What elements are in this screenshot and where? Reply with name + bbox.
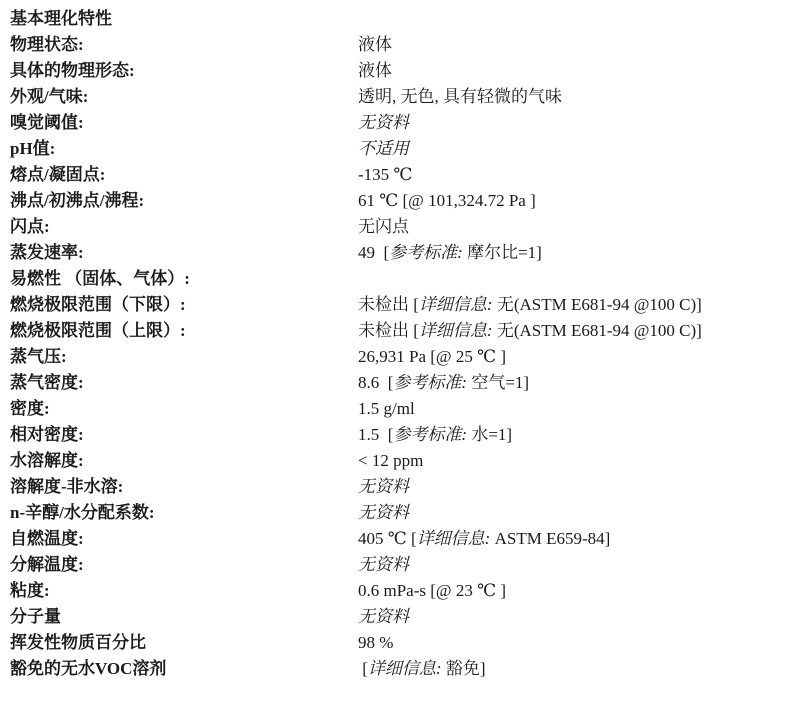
property-label: 分解温度: [10, 552, 358, 578]
property-value: 405 ℃ [详细信息: ASTM E659-84] [358, 526, 786, 552]
value-segment: ASTM E659-84] [490, 529, 610, 548]
property-value: 无资料 [358, 604, 786, 630]
table-row: 闪点:无闪点 [10, 214, 786, 240]
property-value: 无资料 [358, 552, 786, 578]
property-value: 49 [参考标准: 摩尔比=1] [358, 240, 786, 266]
property-label: 闪点: [10, 214, 358, 240]
value-segment: < 12 ppm [358, 451, 423, 470]
value-italic-segment: 详细信息: [368, 659, 442, 678]
property-label: 水溶解度: [10, 448, 358, 474]
value-segment: 未检出 [ [358, 321, 419, 340]
property-label: 熔点/凝固点: [10, 162, 358, 188]
table-row: 溶解度-非水溶:无资料 [10, 474, 786, 500]
property-value: 1.5 g/ml [358, 396, 786, 422]
property-label: pH值: [10, 136, 358, 162]
property-value: 1.5 [参考标准: 水=1] [358, 422, 786, 448]
property-value: 26,931 Pa [@ 25 ℃ ] [358, 344, 786, 370]
property-value [358, 266, 786, 292]
properties-table: 物理状态:液体具体的物理形态:液体外观/气味:透明, 无色, 具有轻微的气味嗅觉… [10, 32, 786, 682]
property-label: 蒸气密度: [10, 370, 358, 396]
property-label: 粘度: [10, 578, 358, 604]
table-row: 蒸气密度:8.6 [参考标准: 空气=1] [10, 370, 786, 396]
property-label: 密度: [10, 396, 358, 422]
property-value: < 12 ppm [358, 448, 786, 474]
value-segment: 1.5 [ [358, 425, 393, 444]
value-segment: -135 ℃ [358, 165, 412, 184]
table-row: 燃烧极限范围（上限）:未检出 [详细信息: 无(ASTM E681-94 @10… [10, 318, 786, 344]
table-row: 豁免的无水VOC溶剂 [详细信息: 豁免] [10, 656, 786, 682]
table-row: 密度:1.5 g/ml [10, 396, 786, 422]
property-value: 无资料 [358, 500, 786, 526]
property-label: 嗅觉阈值: [10, 110, 358, 136]
property-value: 无闪点 [358, 214, 786, 240]
value-segment: 61 ℃ [@ 101,324.72 Pa ] [358, 191, 536, 210]
value-italic-segment: 参考标准: [389, 243, 463, 262]
property-value: 透明, 无色, 具有轻微的气味 [358, 84, 786, 110]
value-italic-segment: 详细信息: [419, 295, 493, 314]
value-italic-segment: 不适用 [358, 139, 409, 158]
table-row: 水溶解度:< 12 ppm [10, 448, 786, 474]
property-value: [详细信息: 豁免] [358, 656, 786, 682]
property-value: 无资料 [358, 110, 786, 136]
value-segment: 98 % [358, 633, 393, 652]
value-italic-segment: 详细信息: [419, 321, 493, 340]
value-segment: 无(ASTM E681-94 @100 C)] [493, 321, 702, 340]
property-label: 物理状态: [10, 32, 358, 58]
table-row: 外观/气味:透明, 无色, 具有轻微的气味 [10, 84, 786, 110]
value-segment: 405 ℃ [ [358, 529, 417, 548]
value-segment: 摩尔比=1] [463, 243, 542, 262]
property-value: 液体 [358, 32, 786, 58]
value-segment: [ [358, 659, 368, 678]
property-label: 分子量 [10, 604, 358, 630]
table-row: 蒸气压:26,931 Pa [@ 25 ℃ ] [10, 344, 786, 370]
property-value: 未检出 [详细信息: 无(ASTM E681-94 @100 C)] [358, 292, 786, 318]
property-value: 8.6 [参考标准: 空气=1] [358, 370, 786, 396]
property-label: 燃烧极限范围（上限）: [10, 318, 358, 344]
table-row: pH值:不适用 [10, 136, 786, 162]
table-row: 自燃温度:405 ℃ [详细信息: ASTM E659-84] [10, 526, 786, 552]
table-row: 分解温度:无资料 [10, 552, 786, 578]
value-italic-segment: 无资料 [358, 503, 409, 522]
table-row: n-辛醇/水分配系数:无资料 [10, 500, 786, 526]
value-segment: 液体 [358, 61, 392, 80]
property-value: 61 ℃ [@ 101,324.72 Pa ] [358, 188, 786, 214]
physical-properties-section: 基本理化特性 物理状态:液体具体的物理形态:液体外观/气味:透明, 无色, 具有… [0, 0, 786, 682]
property-label: 溶解度-非水溶: [10, 474, 358, 500]
table-row: 燃烧极限范围（下限）:未检出 [详细信息: 无(ASTM E681-94 @10… [10, 292, 786, 318]
value-segment: 1.5 g/ml [358, 399, 415, 418]
table-row: 嗅觉阈值:无资料 [10, 110, 786, 136]
property-label: 挥发性物质百分比 [10, 630, 358, 656]
property-label: 豁免的无水VOC溶剂 [10, 656, 358, 682]
table-row: 分子量无资料 [10, 604, 786, 630]
property-label: 外观/气味: [10, 84, 358, 110]
property-value: 无资料 [358, 474, 786, 500]
table-row: 沸点/初沸点/沸程:61 ℃ [@ 101,324.72 Pa ] [10, 188, 786, 214]
table-row: 挥发性物质百分比98 % [10, 630, 786, 656]
value-italic-segment: 参考标准: [393, 425, 467, 444]
table-row: 蒸发速率:49 [参考标准: 摩尔比=1] [10, 240, 786, 266]
property-label: 蒸发速率: [10, 240, 358, 266]
property-value: 98 % [358, 630, 786, 656]
property-label: 沸点/初沸点/沸程: [10, 188, 358, 214]
value-segment: 未检出 [ [358, 295, 419, 314]
value-italic-segment: 无资料 [358, 607, 409, 626]
table-row: 相对密度:1.5 [参考标准: 水=1] [10, 422, 786, 448]
value-segment: 8.6 [ [358, 373, 393, 392]
table-row: 具体的物理形态:液体 [10, 58, 786, 84]
value-segment: 豁免] [442, 659, 486, 678]
value-italic-segment: 无资料 [358, 113, 409, 132]
value-italic-segment: 无资料 [358, 477, 409, 496]
section-title: 基本理化特性 [10, 6, 786, 32]
value-segment: 0.6 mPa-s [@ 23 ℃ ] [358, 581, 506, 600]
table-row: 粘度:0.6 mPa-s [@ 23 ℃ ] [10, 578, 786, 604]
value-segment: 液体 [358, 35, 392, 54]
value-segment: 26,931 Pa [@ 25 ℃ ] [358, 347, 506, 366]
property-value: -135 ℃ [358, 162, 786, 188]
value-italic-segment: 无资料 [358, 555, 409, 574]
property-label: 易燃性 （固体、气体）: [10, 266, 358, 292]
property-label: 具体的物理形态: [10, 58, 358, 84]
value-segment: 无闪点 [358, 217, 409, 236]
value-segment: 空气=1] [467, 373, 529, 392]
property-value: 0.6 mPa-s [@ 23 ℃ ] [358, 578, 786, 604]
table-row: 熔点/凝固点:-135 ℃ [10, 162, 786, 188]
property-label: 相对密度: [10, 422, 358, 448]
value-segment: 透明, 无色, 具有轻微的气味 [358, 87, 562, 106]
table-row: 物理状态:液体 [10, 32, 786, 58]
property-label: 蒸气压: [10, 344, 358, 370]
value-italic-segment: 详细信息: [417, 529, 491, 548]
value-italic-segment: 参考标准: [393, 373, 467, 392]
property-value: 未检出 [详细信息: 无(ASTM E681-94 @100 C)] [358, 318, 786, 344]
value-segment: 水=1] [467, 425, 512, 444]
property-label: 燃烧极限范围（下限）: [10, 292, 358, 318]
value-segment: 无(ASTM E681-94 @100 C)] [493, 295, 702, 314]
property-value: 不适用 [358, 136, 786, 162]
property-label: n-辛醇/水分配系数: [10, 500, 358, 526]
property-label: 自燃温度: [10, 526, 358, 552]
value-segment: 49 [ [358, 243, 389, 262]
table-row: 易燃性 （固体、气体）: [10, 266, 786, 292]
property-value: 液体 [358, 58, 786, 84]
